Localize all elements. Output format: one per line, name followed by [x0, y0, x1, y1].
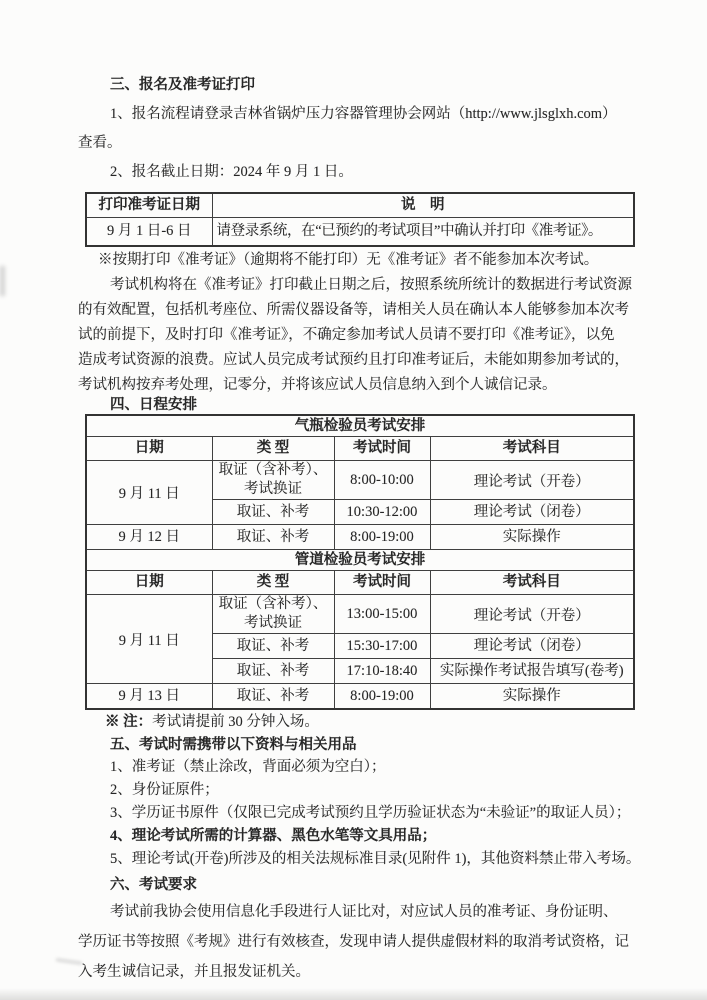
table-header-row: 日期 类 型 考试时间 考试科目: [86, 437, 634, 461]
table-header-row: 日期 类 型 考试时间 考试科目: [86, 571, 634, 595]
entry-time-note: ※ 注：考试请提前 30 分钟入场。: [78, 710, 635, 734]
table-title-cell: 气瓶检验员考试安排: [86, 415, 634, 437]
table-cell: 8:00-19:00: [334, 525, 430, 550]
table-cell: 取证、补考: [212, 684, 334, 710]
list-item: 1、准考证（禁止涂改，背面必须为空白）；: [78, 756, 635, 779]
table-header-cell: 日期: [86, 571, 212, 595]
table-cell: 9 月 12 日: [86, 525, 212, 550]
text-line: 试的前提下，及时打印《准考证》，不确定参加考试人员请不要打印《准考证》，以免: [78, 323, 635, 348]
note-prefix: ※ 注：: [105, 714, 152, 730]
table-header-row: 打印准考证日期 说 明: [86, 193, 634, 218]
table-cell: 取证（含补考）、 考试换证: [212, 595, 334, 634]
list-item: 5、理论考试(开卷)所涉及的相关法规标准目录(见附件 1)，其他资料禁止带入考场…: [78, 848, 635, 871]
text-line: 入考生诚信记录，并且报发证机关。: [78, 957, 635, 987]
table-cell: 8:00-19:00: [334, 684, 430, 710]
exam-schedule-table: 气瓶检验员考试安排 日期 类 型 考试时间 考试科目 9 月 11 日 取证（含…: [85, 414, 635, 710]
table-header-cell: 考试时间: [334, 571, 430, 595]
table-row: 9 月 12 日 取证、补考 8:00-19:00 实际操作: [86, 525, 634, 550]
table-cell: 9 月 11 日: [86, 595, 212, 684]
scan-edge-smudge: [0, 266, 5, 296]
list-item: 4、理论考试所需的计算器、黑色水笔等文具用品；: [78, 825, 635, 848]
table-cell: 9 月 13 日: [86, 684, 212, 710]
text-line: 查看。: [78, 129, 635, 158]
table-cell: 取证、补考: [212, 500, 334, 525]
print-deadline-note: ※按期打印《准考证》（逾期将不能打印）无《准考证》者不能参加本次考试。: [78, 247, 635, 273]
text-line: 考试机构将在《准考证》打印截止日期之后，按照系统所统计的数据进行考试资源: [78, 273, 635, 298]
table-header-cell: 类 型: [212, 571, 334, 595]
scanned-notice-page: 三、报名及准考证打印 1、报名流程请登录吉林省锅炉压力容器管理协会网站（http…: [0, 0, 707, 1000]
section-heading-registration: 三、报名及准考证打印: [78, 71, 635, 100]
section-heading-schedule: 四、日程安排: [78, 396, 635, 414]
table-cell: 17:10-18:40: [334, 659, 430, 684]
table-cell: 15:30-17:00: [334, 634, 430, 659]
text-line: 学历证书等按照《考规》进行有效核查，发现申请人提供虚假材料的取消考试资格，记: [78, 927, 635, 957]
table-cell: 10:30-12:00: [334, 500, 430, 525]
text-line: 考试换证: [215, 480, 332, 499]
table-cell: 取证、补考: [212, 525, 334, 550]
list-item: 2、身份证原件；: [78, 779, 635, 802]
table-header-cell: 考试科目: [430, 437, 634, 461]
table-title-row: 管道检验员考试安排: [86, 550, 634, 571]
text-line: 考试换证: [215, 614, 332, 633]
table-cell: 请登录系统，在“已预约的考试项目”中确认并打印《准考证》。: [212, 218, 634, 247]
text-line: 的有效配置，包括机考座位、所需仪器设备等，请相关人员在确认本人能够参加本次考: [78, 298, 635, 323]
table-cell: 理论考试（闭卷）: [430, 634, 634, 659]
table-cell: 实际操作: [430, 525, 634, 550]
table-cell: 9 月 1 日-6 日: [86, 218, 212, 247]
text-line: 1、报名流程请登录吉林省锅炉压力容器管理协会网站（http://www.jlsg…: [78, 100, 635, 129]
text-line: 取证（含补考）、: [215, 595, 332, 614]
scan-bottom-shadow: [0, 988, 707, 1000]
text-line: 2、报名截止日期：2024 年 9 月 1 日。: [78, 158, 635, 187]
text-line: 考试机构按弃考处理，记零分，并将该应试人员信息纳入到个人诚信记录。: [78, 373, 635, 398]
requirements-paragraph: 考试前我协会使用信息化手段进行人证比对，对应试人员的准考证、身份证明、 学历证书…: [78, 897, 635, 987]
table-cell: 取证、补考: [212, 634, 334, 659]
registration-paragraph: 1、报名流程请登录吉林省锅炉压力容器管理协会网站（http://www.jlsg…: [78, 100, 635, 187]
text-line: 取证（含补考）、: [215, 461, 332, 480]
table-header-cell: 打印准考证日期: [86, 193, 212, 218]
table-header-cell: 日期: [86, 437, 212, 461]
document-content: 三、报名及准考证打印 1、报名流程请登录吉林省锅炉压力容器管理协会网站（http…: [78, 0, 635, 987]
table-row: 9 月 13 日 取证、补考 8:00-19:00 实际操作: [86, 684, 634, 710]
table-cell: 理论考试（开卷）: [430, 461, 634, 500]
note-text: 考试请提前 30 分钟入场。: [152, 714, 319, 730]
table-cell: 8:00-10:00: [334, 461, 430, 500]
table-cell: 13:00-15:00: [334, 595, 430, 634]
table-header-cell: 考试时间: [334, 437, 430, 461]
section-heading-materials: 五、考试时需携带以下资料与相关用品: [78, 734, 635, 756]
text-line: 造成考试资源的浪费。应试人员完成考试预约且打印准考证后，未能如期参加考试的，: [78, 348, 635, 373]
materials-list: 1、准考证（禁止涂改，背面必须为空白）； 2、身份证原件； 3、学历证书原件（仅…: [78, 756, 635, 871]
text-line: 考试前我协会使用信息化手段进行人证比对，对应试人员的准考证、身份证明、: [78, 897, 635, 927]
table-header-cell: 说 明: [212, 193, 634, 218]
table-cell: 取证（含补考）、 考试换证: [212, 461, 334, 500]
table-title-cell: 管道检验员考试安排: [86, 550, 634, 571]
list-item: 3、学历证书原件（仅限已完成考试预约且学历验证状态为“未验证”的取证人员）；: [78, 802, 635, 825]
table-row: 9 月 11 日 取证（含补考）、 考试换证 13:00-15:00 理论考试（…: [86, 595, 634, 634]
table-cell: 实际操作考试报告填写(卷考): [430, 659, 634, 684]
resource-policy-paragraph: 考试机构将在《准考证》打印截止日期之后，按照系统所统计的数据进行考试资源 的有效…: [78, 273, 635, 398]
table-row: 9 月 1 日-6 日 请登录系统，在“已预约的考试项目”中确认并打印《准考证》…: [86, 218, 634, 247]
table-header-cell: 考试科目: [430, 571, 634, 595]
table-cell: 理论考试（开卷）: [430, 595, 634, 634]
table-cell: 理论考试（闭卷）: [430, 500, 634, 525]
table-title-row: 气瓶检验员考试安排: [86, 415, 634, 437]
table-cell: 取证、补考: [212, 659, 334, 684]
table-cell: 实际操作: [430, 684, 634, 710]
table-header-cell: 类 型: [212, 437, 334, 461]
print-date-table: 打印准考证日期 说 明 9 月 1 日-6 日 请登录系统，在“已预约的考试项目…: [85, 192, 635, 247]
table-cell: 9 月 11 日: [86, 461, 212, 525]
section-heading-requirements: 六、考试要求: [78, 873, 635, 897]
table-row: 9 月 11 日 取证（含补考）、 考试换证 8:00-10:00 理论考试（开…: [86, 461, 634, 500]
